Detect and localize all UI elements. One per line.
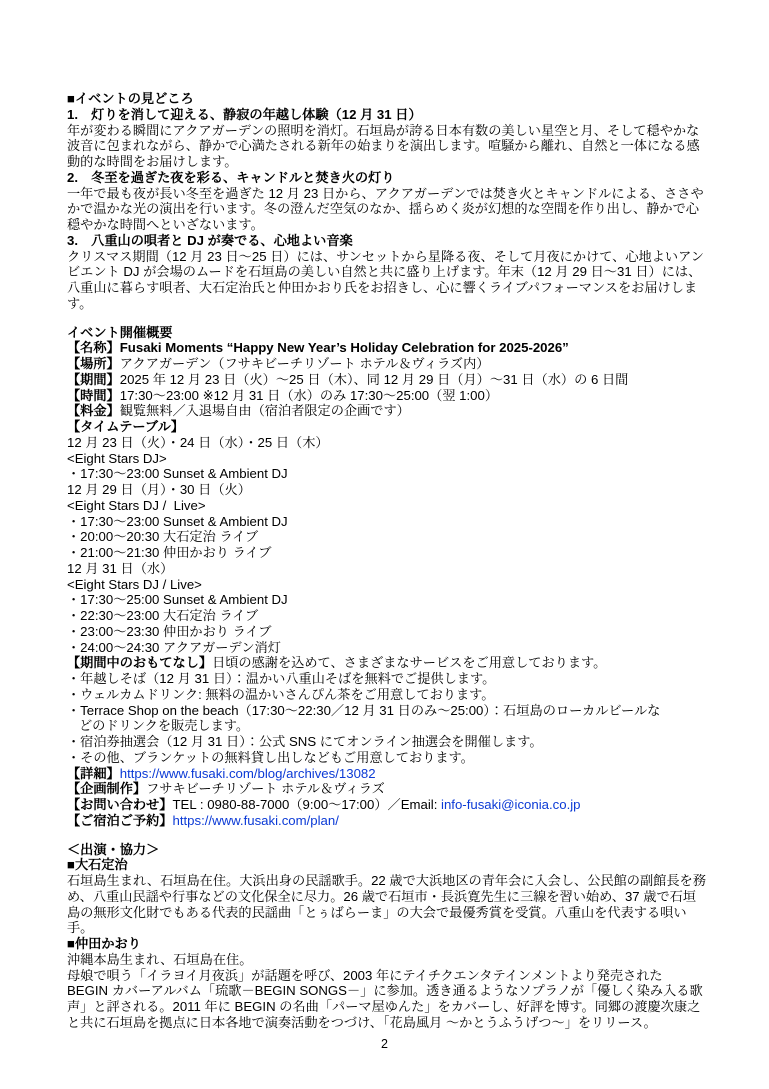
bold-text: ＜出演・協力＞ (67, 842, 159, 857)
timetable-program: <Eight Stars DJ> (67, 451, 722, 467)
bold-text: 【お問い合わせ】 (67, 797, 173, 812)
text: 12 月 29 日（月）・30 日（火） (67, 482, 251, 497)
text: フサキビーチリゾート ホテル＆ヴィラズ (146, 781, 385, 796)
hospitality-item: ・年越しそば（12 月 31 日）：温かい八重山そばを無料でご提供します。 (67, 671, 722, 687)
text: クリスマス期間（12 月 23 日～25 日）には、サンセットから星降る夜、そし… (67, 249, 704, 264)
document-page: ■イベントの見どころ1. 灯りを消して迎える、静寂の年越し体験（12 月 31 … (0, 0, 769, 1089)
hyperlink[interactable]: info-fusaki@iconia.co.jp (441, 797, 580, 812)
performers-heading: ＜出演・協力＞ (67, 842, 722, 858)
text: BEGIN カバーアルバム「琉歌－BEGIN SONGS－」に参加。透き通るよう… (67, 983, 703, 998)
text: ・20:00～20:30 大石定治 ライブ (67, 529, 258, 544)
timetable-item: ・24:00～24:30 アクアガーデン消灯 (67, 640, 722, 656)
timetable-item: ・20:00～20:30 大石定治 ライブ (67, 529, 722, 545)
timetable-item: ・22:30～23:00 大石定治 ライブ (67, 608, 722, 624)
performer-2-name: ■仲田かおり (67, 936, 722, 952)
text: <Eight Stars DJ> (67, 451, 167, 466)
timetable-program: <Eight Stars DJ / Live> (67, 498, 722, 514)
text: ・宿泊券抽選会（12 月 31 日）：公式 SNS にてオンライン抽選会を開催し… (67, 734, 543, 749)
text: ビエント DJ が会場のムードを石垣島の美しい自然と共に盛り上げます。年末（12… (67, 264, 701, 279)
blank-line (67, 829, 722, 842)
hospitality-heading: 【期間中のおもてなし】日頃の感謝を込めて、さまざまなサービスをご用意しております… (67, 655, 722, 671)
hospitality-item: ・ウェルカムドリンク: 無料の温かいさんぴん茶をご用意しております。 (67, 687, 722, 703)
performer-1-bio: 石垣島生まれ、石垣島在住。大浜出身の民謡歌手。22 歳で大浜地区の青年会に入会し… (67, 873, 722, 889)
highlight-1-title: 1. 灯りを消して迎える、静寂の年越し体験（12 月 31 日） (67, 107, 722, 123)
contact-line: 【お問い合わせ】TEL : 0980-88-7000（9:00～17:00）／E… (67, 797, 722, 813)
bold-text: 3. 八重山の唄者と DJ が奏でる、心地よい音楽 (67, 233, 353, 248)
text: TEL : 0980-88-7000（9:00～17:00）／Email: (173, 797, 442, 812)
bold-text: 【時間】 (67, 388, 120, 403)
bold-text: 【名称】Fusaki Moments “Happy New Year’s Hol… (67, 340, 569, 355)
text: す。 (67, 296, 92, 311)
document-body: ■イベントの見どころ1. 灯りを消して迎える、静寂の年越し体験（12 月 31 … (67, 91, 722, 1031)
bold-text: 【企画制作】 (67, 781, 146, 796)
highlight-2-body: 穏やかな時間へといざないます。 (67, 217, 722, 233)
timetable-item: ・17:30～25:00 Sunset & Ambient DJ (67, 592, 722, 608)
text: 観覧無料／入退場自由（宿泊者限定の企画です） (120, 403, 410, 418)
bold-text: 1. 灯りを消して迎える、静寂の年越し体験（12 月 31 日） (67, 107, 422, 122)
bold-text: ■イベントの見どころ (67, 91, 194, 106)
hospitality-item: ・宿泊券抽選会（12 月 31 日）：公式 SNS にてオンライン抽選会を開催し… (67, 734, 722, 750)
bold-text: 【場所】 (67, 356, 120, 371)
timetable-program: <Eight Stars DJ / Live> (67, 577, 722, 593)
text: 17:30～23:00 ※12 月 31 日（水）のみ 17:30～25:00（… (120, 388, 498, 403)
text: 動的な時間をお届けします。 (67, 154, 237, 169)
timetable-item: ・23:00～23:30 仲田かおり ライブ (67, 624, 722, 640)
hospitality-item: どのドリンクを販売します。 (67, 718, 722, 734)
text: ・24:00～24:30 アクアガーデン消灯 (67, 640, 281, 655)
performer-1-name: ■大石定治 (67, 857, 722, 873)
bold-text: 【期間】 (67, 372, 120, 387)
timetable-date: 12 月 31 日（水） (67, 561, 722, 577)
hospitality-item: ・その他、ブランケットの無料貸し出しなどもご用意しております。 (67, 750, 722, 766)
text: 12 月 31 日（水） (67, 561, 173, 576)
text: ・ウェルカムドリンク: 無料の温かいさんぴん茶をご用意しております。 (67, 687, 494, 702)
timetable-date: 12 月 29 日（月）・30 日（火） (67, 482, 722, 498)
text: ・年越しそば（12 月 31 日）：温かい八重山そばを無料でご提供します。 (67, 671, 495, 686)
highlights-heading: ■イベントの見どころ (67, 91, 722, 107)
performer-1-bio: め、八重山民謡や行事などの文化保全に尽力。26 歳で石垣市・長浜寛先生に三線を習… (67, 889, 722, 905)
text: 日頃の感謝を込めて、さまざまなサービスをご用意しております。 (212, 655, 606, 670)
text: <Eight Stars DJ / Live> (67, 577, 202, 592)
page-number: 2 (0, 1037, 769, 1051)
bold-text: 【期間中のおもてなし】 (67, 655, 212, 670)
timetable-heading: 【タイムテーブル】 (67, 419, 722, 435)
text: 波音に包まれながら、静かで心満たされる新年の始まりを演出します。喧騒から離れ、自… (67, 138, 700, 153)
overview-period: 【期間】2025 年 12 月 23 日（火）～25 日（木）、同 12 月 2… (67, 372, 722, 388)
overview-time: 【時間】17:30～23:00 ※12 月 31 日（水）のみ 17:30～25… (67, 388, 722, 404)
text: 母娘で唄う「イラヨイ月夜浜」が話題を呼び、2003 年にテイチクエンタテインメン… (67, 968, 663, 983)
text: と共に石垣島を拠点に日本各地で演奏活動をつづけ、「花島風月 ～かとうふうげつ～」… (67, 1015, 657, 1030)
bold-text: ■大石定治 (67, 857, 128, 872)
production-line: 【企画制作】フサキビーチリゾート ホテル＆ヴィラズ (67, 781, 722, 797)
text: かで温かな光の演出を行います。冬の澄んだ空気のなか、揺らめく炎が幻想的な空間を作… (67, 201, 699, 216)
text: 石垣島生まれ、石垣島在住。大浜出身の民謡歌手。22 歳で大浜地区の青年会に入会し… (67, 873, 706, 888)
text: 12 月 23 日（火）・24 日（水）・25 日（木） (67, 435, 329, 450)
overview-name: 【名称】Fusaki Moments “Happy New Year’s Hol… (67, 340, 722, 356)
text: ・22:30～23:00 大石定治 ライブ (67, 608, 258, 623)
highlight-3-body: す。 (67, 296, 722, 312)
highlight-3-body: 八重山に暮らす唄者、大石定治氏と仲田かおり氏をお招きし、心に響くライブパフォーマ… (67, 280, 722, 296)
text: 八重山に暮らす唄者、大石定治氏と仲田かおり氏をお招きし、心に響くライブパフォーマ… (67, 280, 697, 295)
text: 声」と評される。2011 年に BEGIN の名曲「パーマ屋ゆんた」をカバーし、… (67, 999, 700, 1014)
text: ・17:30～23:00 Sunset & Ambient DJ (67, 514, 288, 529)
text: ・Terrace Shop on the beach（17:30～22:30／1… (67, 703, 660, 718)
highlight-3-body: ビエント DJ が会場のムードを石垣島の美しい自然と共に盛り上げます。年末（12… (67, 264, 722, 280)
highlight-2-body: 一年で最も夜が長い冬至を過ぎた 12 月 23 日から、アクアガーデンでは焚き火… (67, 186, 722, 202)
performer-2-bio: 声」と評される。2011 年に BEGIN の名曲「パーマ屋ゆんた」をカバーし、… (67, 999, 722, 1015)
performer-2-bio: 沖縄本島生まれ、石垣島在住。 (67, 952, 722, 968)
bold-text: 【タイムテーブル】 (67, 419, 184, 434)
detail-link-line: 【詳細】https://www.fusaki.com/blog/archives… (67, 766, 722, 782)
bold-text: ■仲田かおり (67, 936, 141, 951)
bold-text: 【料金】 (67, 403, 120, 418)
overview-heading: イベント開催概要 (67, 325, 722, 341)
text: 2025 年 12 月 23 日（火）～25 日（木）、同 12 月 29 日（… (120, 372, 629, 387)
highlight-1-body: 動的な時間をお届けします。 (67, 154, 722, 170)
highlight-3-title: 3. 八重山の唄者と DJ が奏でる、心地よい音楽 (67, 233, 722, 249)
overview-place: 【場所】アクアガーデン（フサキビーチリゾート ホテル＆ヴィラズ内） (67, 356, 722, 372)
text: どのドリンクを販売します。 (79, 718, 249, 733)
text: アクアガーデン（フサキビーチリゾート ホテル＆ヴィラズ内） (120, 356, 490, 371)
text: め、八重山民謡や行事などの文化保全に尽力。26 歳で石垣市・長浜寛先生に三線を習… (67, 889, 696, 904)
text: ・17:30～25:00 Sunset & Ambient DJ (67, 592, 288, 607)
text: 島の無形文化財でもある代表的民謡曲「とぅばらーま」の大会で最優秀賞を受賞。八重山… (67, 905, 687, 920)
highlight-1-body: 年が変わる瞬間にアクアガーデンの照明を消灯。石垣島が誇る日本有数の美しい星空と月… (67, 123, 722, 139)
hospitality-item: ・Terrace Shop on the beach（17:30～22:30／1… (67, 703, 722, 719)
text: ・21:00～21:30 仲田かおり ライブ (67, 545, 271, 560)
performer-1-bio: 手。 (67, 920, 722, 936)
performer-2-bio: BEGIN カバーアルバム「琉歌－BEGIN SONGS－」に参加。透き通るよう… (67, 983, 722, 999)
text: ・17:30～23:00 Sunset & Ambient DJ (67, 466, 288, 481)
bold-text: 【ご宿泊ご予約】 (67, 813, 173, 828)
overview-fee: 【料金】観覧無料／入退場自由（宿泊者限定の企画です） (67, 403, 722, 419)
reservation-line: 【ご宿泊ご予約】https://www.fusaki.com/plan/ (67, 813, 722, 829)
text: 一年で最も夜が長い冬至を過ぎた 12 月 23 日から、アクアガーデンでは焚き火… (67, 186, 704, 201)
text: 沖縄本島生まれ、石垣島在住。 (67, 952, 252, 967)
blank-line (67, 312, 722, 325)
performer-2-bio: と共に石垣島を拠点に日本各地で演奏活動をつづけ、「花島風月 ～かとうふうげつ～」… (67, 1015, 722, 1031)
text: ・23:00～23:30 仲田かおり ライブ (67, 624, 271, 639)
highlight-1-body: 波音に包まれながら、静かで心満たされる新年の始まりを演出します。喧騒から離れ、自… (67, 138, 722, 154)
hyperlink[interactable]: https://www.fusaki.com/blog/archives/130… (120, 766, 376, 781)
performer-2-bio: 母娘で唄う「イラヨイ月夜浜」が話題を呼び、2003 年にテイチクエンタテインメン… (67, 968, 722, 984)
text: <Eight Stars DJ / Live> (67, 498, 206, 513)
bold-text: 【詳細】 (67, 766, 120, 781)
timetable-item: ・21:00～21:30 仲田かおり ライブ (67, 545, 722, 561)
timetable-date: 12 月 23 日（火）・24 日（水）・25 日（木） (67, 435, 722, 451)
bold-text: 2. 冬至を過ぎた夜を彩る、キャンドルと焚き火の灯り (67, 170, 395, 185)
timetable-item: ・17:30～23:00 Sunset & Ambient DJ (67, 514, 722, 530)
highlight-2-title: 2. 冬至を過ぎた夜を彩る、キャンドルと焚き火の灯り (67, 170, 722, 186)
highlight-3-body: クリスマス期間（12 月 23 日～25 日）には、サンセットから星降る夜、そし… (67, 249, 722, 265)
text: 穏やかな時間へといざないます。 (67, 217, 264, 232)
text: ・その他、ブランケットの無料貸し出しなどもご用意しております。 (67, 750, 474, 765)
hyperlink[interactable]: https://www.fusaki.com/plan/ (173, 813, 339, 828)
bold-text: イベント開催概要 (67, 325, 173, 340)
text: 年が変わる瞬間にアクアガーデンの照明を消灯。石垣島が誇る日本有数の美しい星空と月… (67, 123, 699, 138)
highlight-2-body: かで温かな光の演出を行います。冬の澄んだ空気のなか、揺らめく炎が幻想的な空間を作… (67, 201, 722, 217)
timetable-item: ・17:30～23:00 Sunset & Ambient DJ (67, 466, 722, 482)
performer-1-bio: 島の無形文化財でもある代表的民謡曲「とぅばらーま」の大会で最優秀賞を受賞。八重山… (67, 905, 722, 921)
text: 手。 (67, 920, 93, 935)
